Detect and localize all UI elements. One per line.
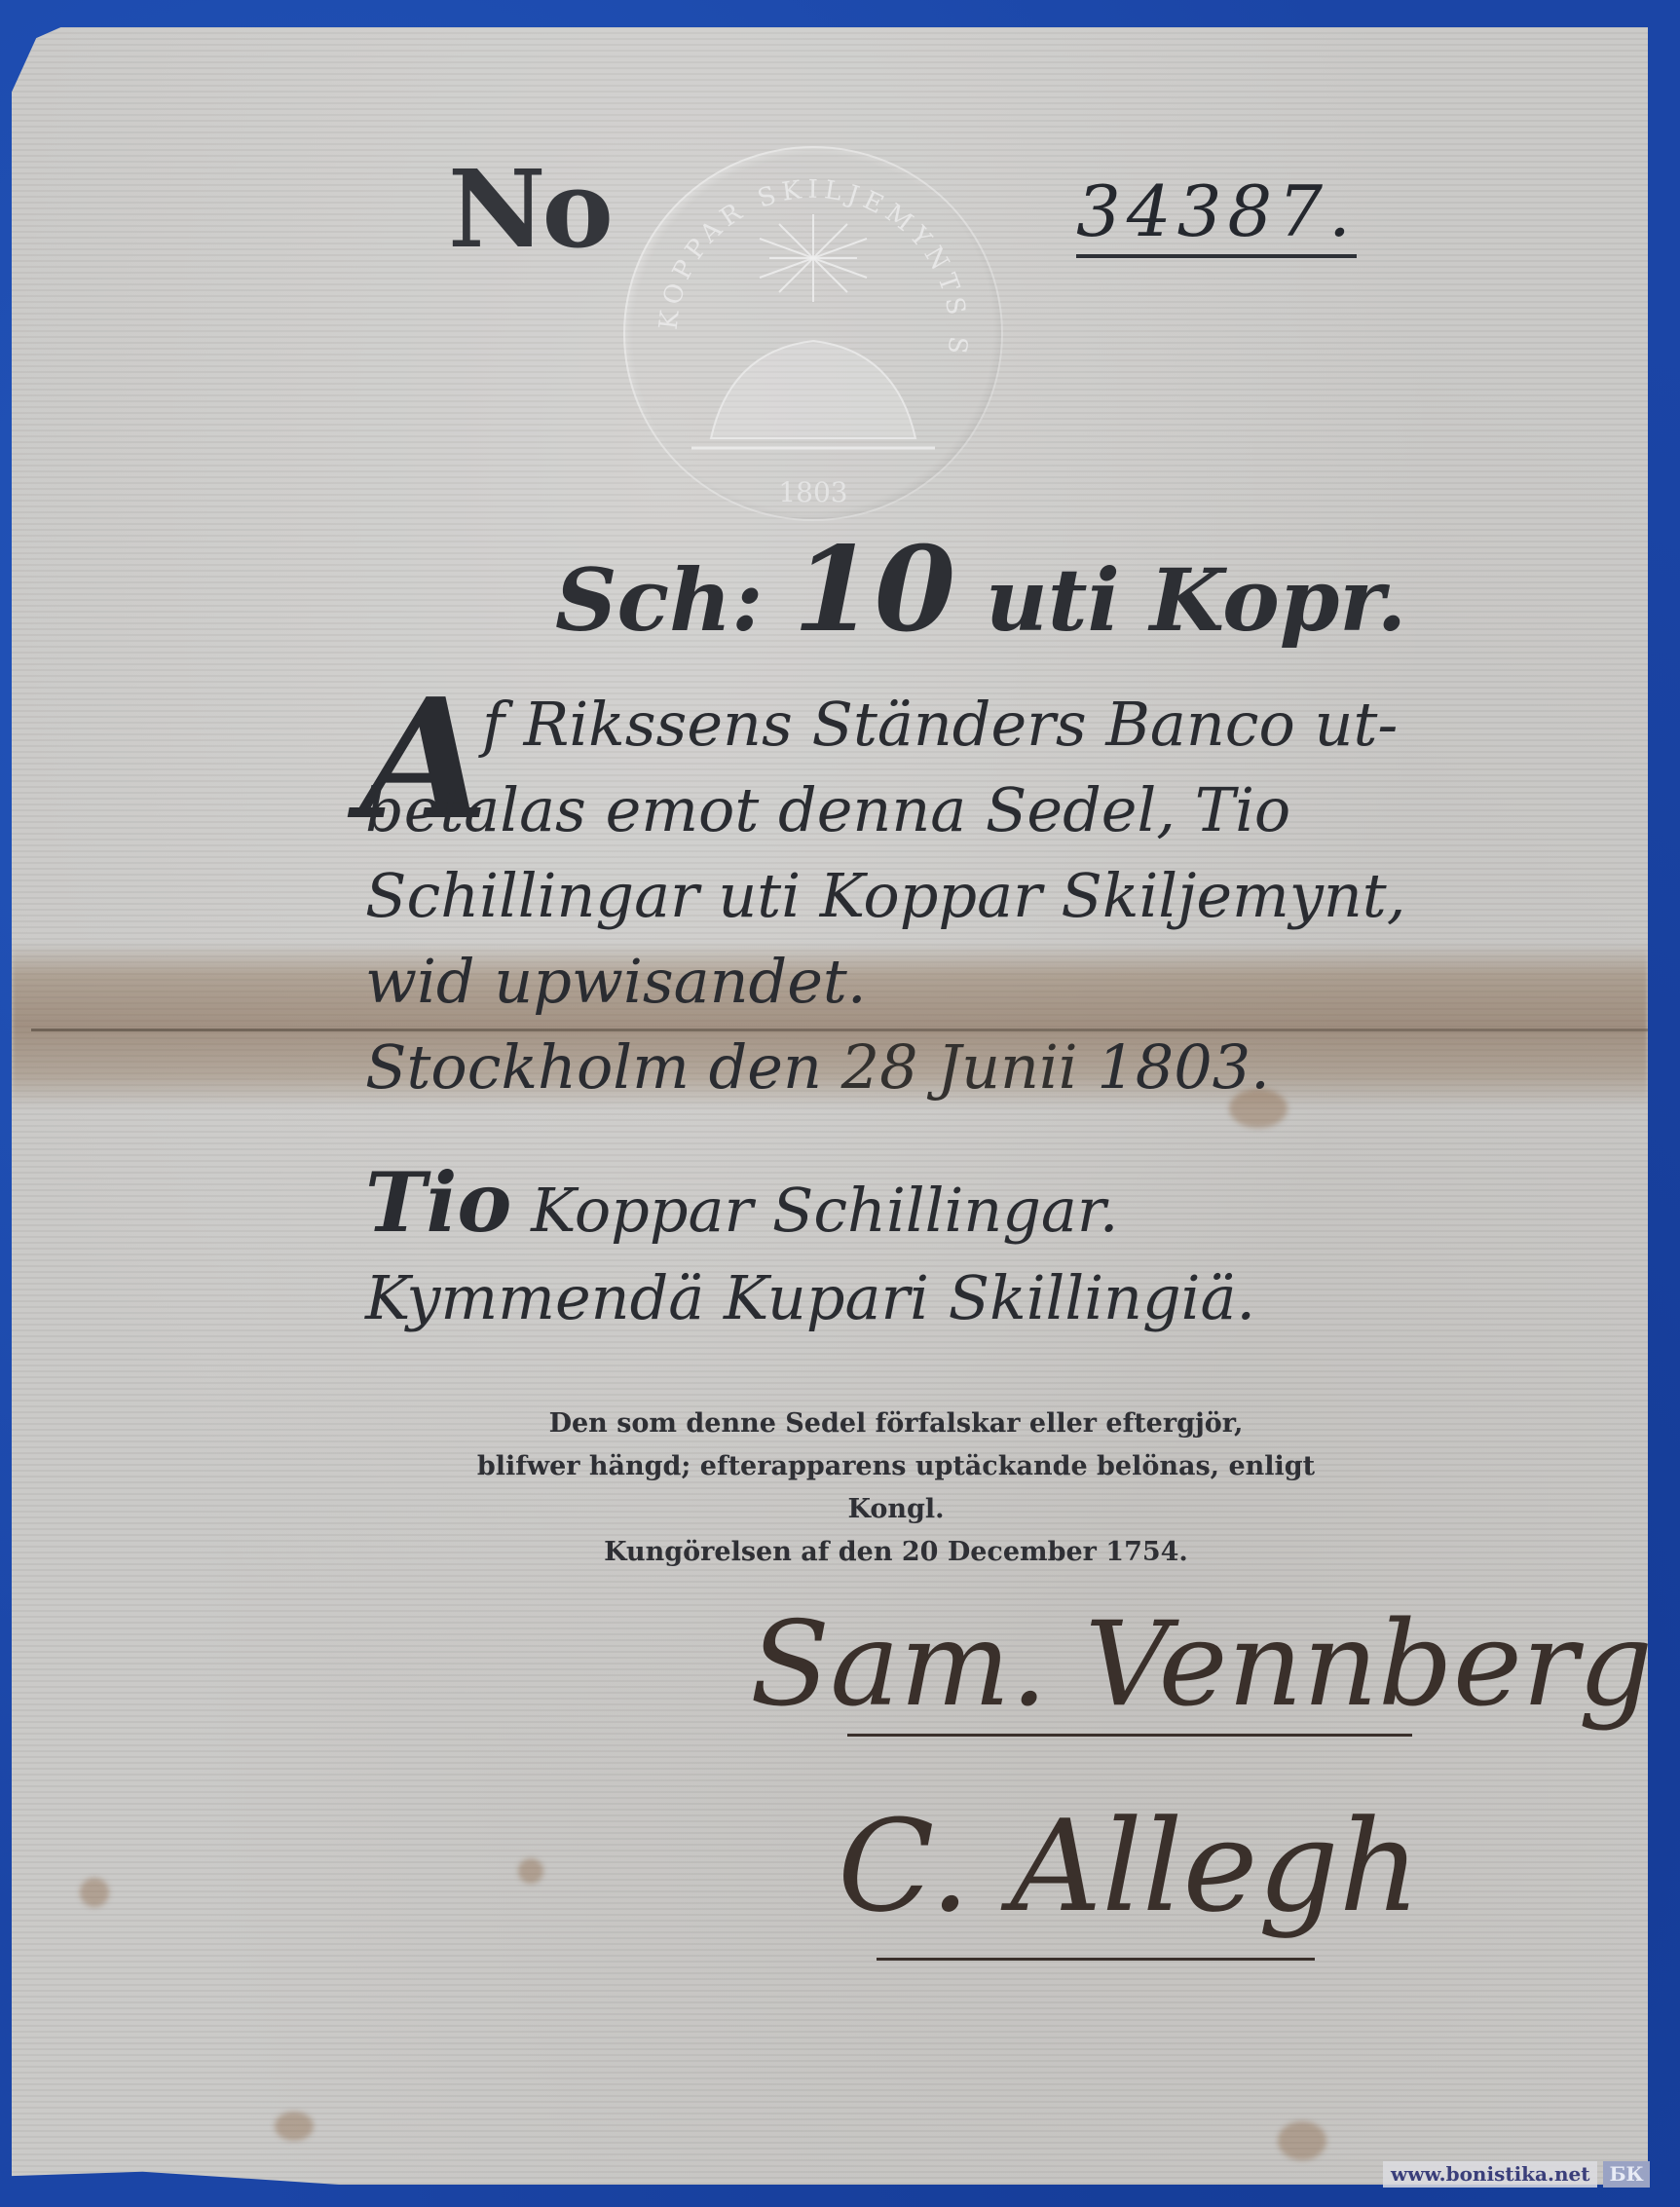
heading-suffix: uti Kopr. [986,549,1406,651]
amount-swedish-line: Tio Koppar Schillingar. [365,1159,1255,1254]
seal-year: 1803 [778,476,847,508]
site-watermark: www.bonistika.net БК [1383,2161,1650,2188]
warning-line: Kungörelsen af den 20 December 1754. [458,1531,1334,1574]
number-label: No [448,146,610,272]
amount-tio: Tio [365,1154,511,1251]
body-line: f Rikssens Ständers Banco ut- [365,682,1466,767]
body-line: wid upwisandet. [365,939,1466,1025]
body-line: betalas emot denna Sedel, Tio [365,767,1466,853]
forgery-warning: Den som denne Sedel förfalskar eller eft… [458,1403,1334,1574]
place-date-line: Stockholm den 28 Junii 1803. [365,1025,1466,1110]
warning-line: Den som denne Sedel förfalskar eller eft… [458,1403,1334,1445]
date-handwritten: 28 Junii [841,1031,1078,1103]
promise-text: f Rikssens Ständers Banco ut- betalas em… [365,682,1466,1110]
seal-emblem-icon: KOPPAR SKILJEMYNTS SEDEL 1803 [623,146,1003,521]
watermark-logo: БК [1603,2161,1649,2188]
place-printed: Stockholm den [365,1031,822,1103]
foxing-spot [1278,2121,1326,2160]
heading-prefix: Sch: [555,549,764,651]
watermark-url: www.bonistika.net [1383,2161,1597,2188]
amount-swedish: Koppar Schillingar. [531,1175,1118,1246]
signature-first: Sam. Vennberg [750,1597,1653,1733]
amount-finnish: Kymmendä Kupari Skillingiä. [365,1254,1255,1342]
date-year: 1803. [1097,1031,1270,1103]
foxing-spot [80,1878,109,1907]
foxing-spot [275,2112,314,2141]
amount-text: Tio Koppar Schillingar. Kymmendä Kupari … [365,1159,1255,1342]
body-line: Schillingar uti Koppar Skiljemynt, [365,853,1466,939]
embossed-seal: KOPPAR SKILJEMYNTS SEDEL 1803 [623,146,1003,521]
denomination-heading: Sch: 10 uti Kopr. [555,521,1406,658]
foxing-spot [518,1858,543,1884]
signature-second: C. Allegh [838,1792,1420,1940]
serial-number: 34387. [1076,170,1357,258]
warning-line: blifwer hängd; efterapparens uptäckande … [458,1445,1334,1531]
heading-value: 10 [793,521,955,658]
signature-underline [847,1734,1412,1737]
signature-underline [877,1958,1315,1961]
